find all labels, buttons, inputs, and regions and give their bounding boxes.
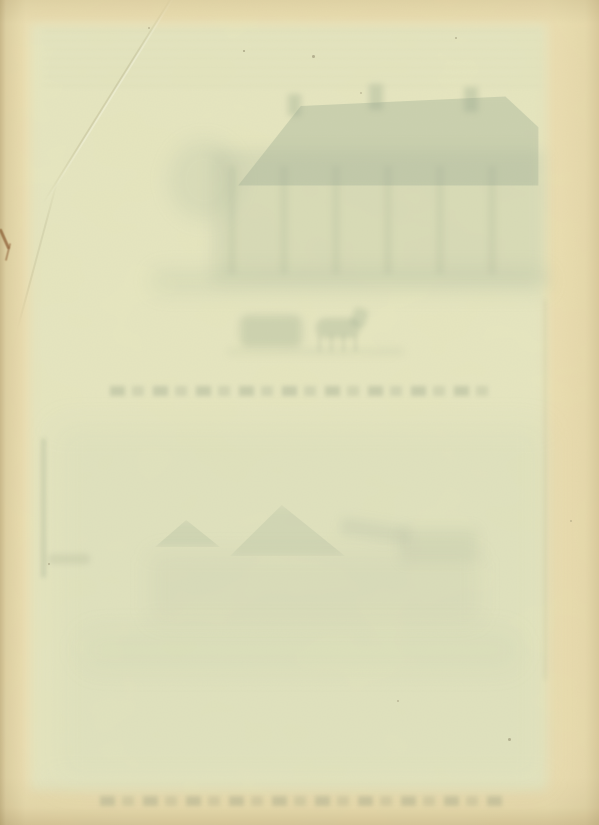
building-wall-wash (150, 552, 480, 622)
horse-body-showthrough (316, 318, 360, 338)
roof-slope-showthrough (339, 517, 411, 546)
ground-showthrough (150, 268, 550, 294)
carriage-showthrough (240, 315, 302, 347)
foxing-speck (312, 55, 315, 58)
horse-head-showthrough (349, 306, 369, 329)
plate-showthrough-area (30, 24, 547, 791)
foxing-speck (397, 700, 399, 702)
lower-scene-wash (55, 425, 545, 783)
foxing-speck (360, 92, 362, 94)
tree-base-showthrough (48, 554, 90, 564)
field-showthrough (80, 630, 520, 670)
paper-crease (16, 178, 59, 331)
plate-border-showthrough (544, 300, 546, 680)
tree-trunk-showthrough (41, 438, 46, 578)
lower-caption-showthrough (100, 796, 507, 806)
foxing-speck (148, 27, 150, 29)
binding-fiber-defect (5, 243, 11, 261)
chimney-showthrough (369, 84, 383, 110)
page-edge-shadow (0, 0, 599, 825)
foxing-speck (455, 37, 457, 39)
farmhouse-body-showthrough (212, 150, 544, 284)
paper-crease-highlight (44, 0, 178, 205)
farmhouse-roof-showthrough (215, 88, 545, 194)
gable-roof-showthrough (155, 520, 220, 547)
chimney-showthrough (288, 94, 301, 116)
farmhouse-windows-showthrough (228, 166, 540, 274)
foxing-speck (508, 738, 511, 741)
horse-legs-showthrough (318, 334, 360, 352)
paper-crease (42, 0, 176, 205)
building-showthrough (400, 528, 478, 562)
ground-shadow-showthrough (228, 348, 404, 355)
gable-roof-showthrough (230, 505, 345, 556)
foxing-speck (243, 50, 245, 52)
upper-caption-showthrough (110, 386, 497, 396)
tree-showthrough (168, 140, 240, 220)
chimney-showthrough (464, 87, 478, 112)
binding-fiber-defect (0, 228, 10, 249)
scanned-page (0, 0, 599, 825)
paper-grain-overlay (0, 0, 599, 825)
foxing-speck (48, 563, 50, 565)
sky-streaks-showthrough (42, 30, 542, 92)
foxing-speck (570, 520, 572, 522)
